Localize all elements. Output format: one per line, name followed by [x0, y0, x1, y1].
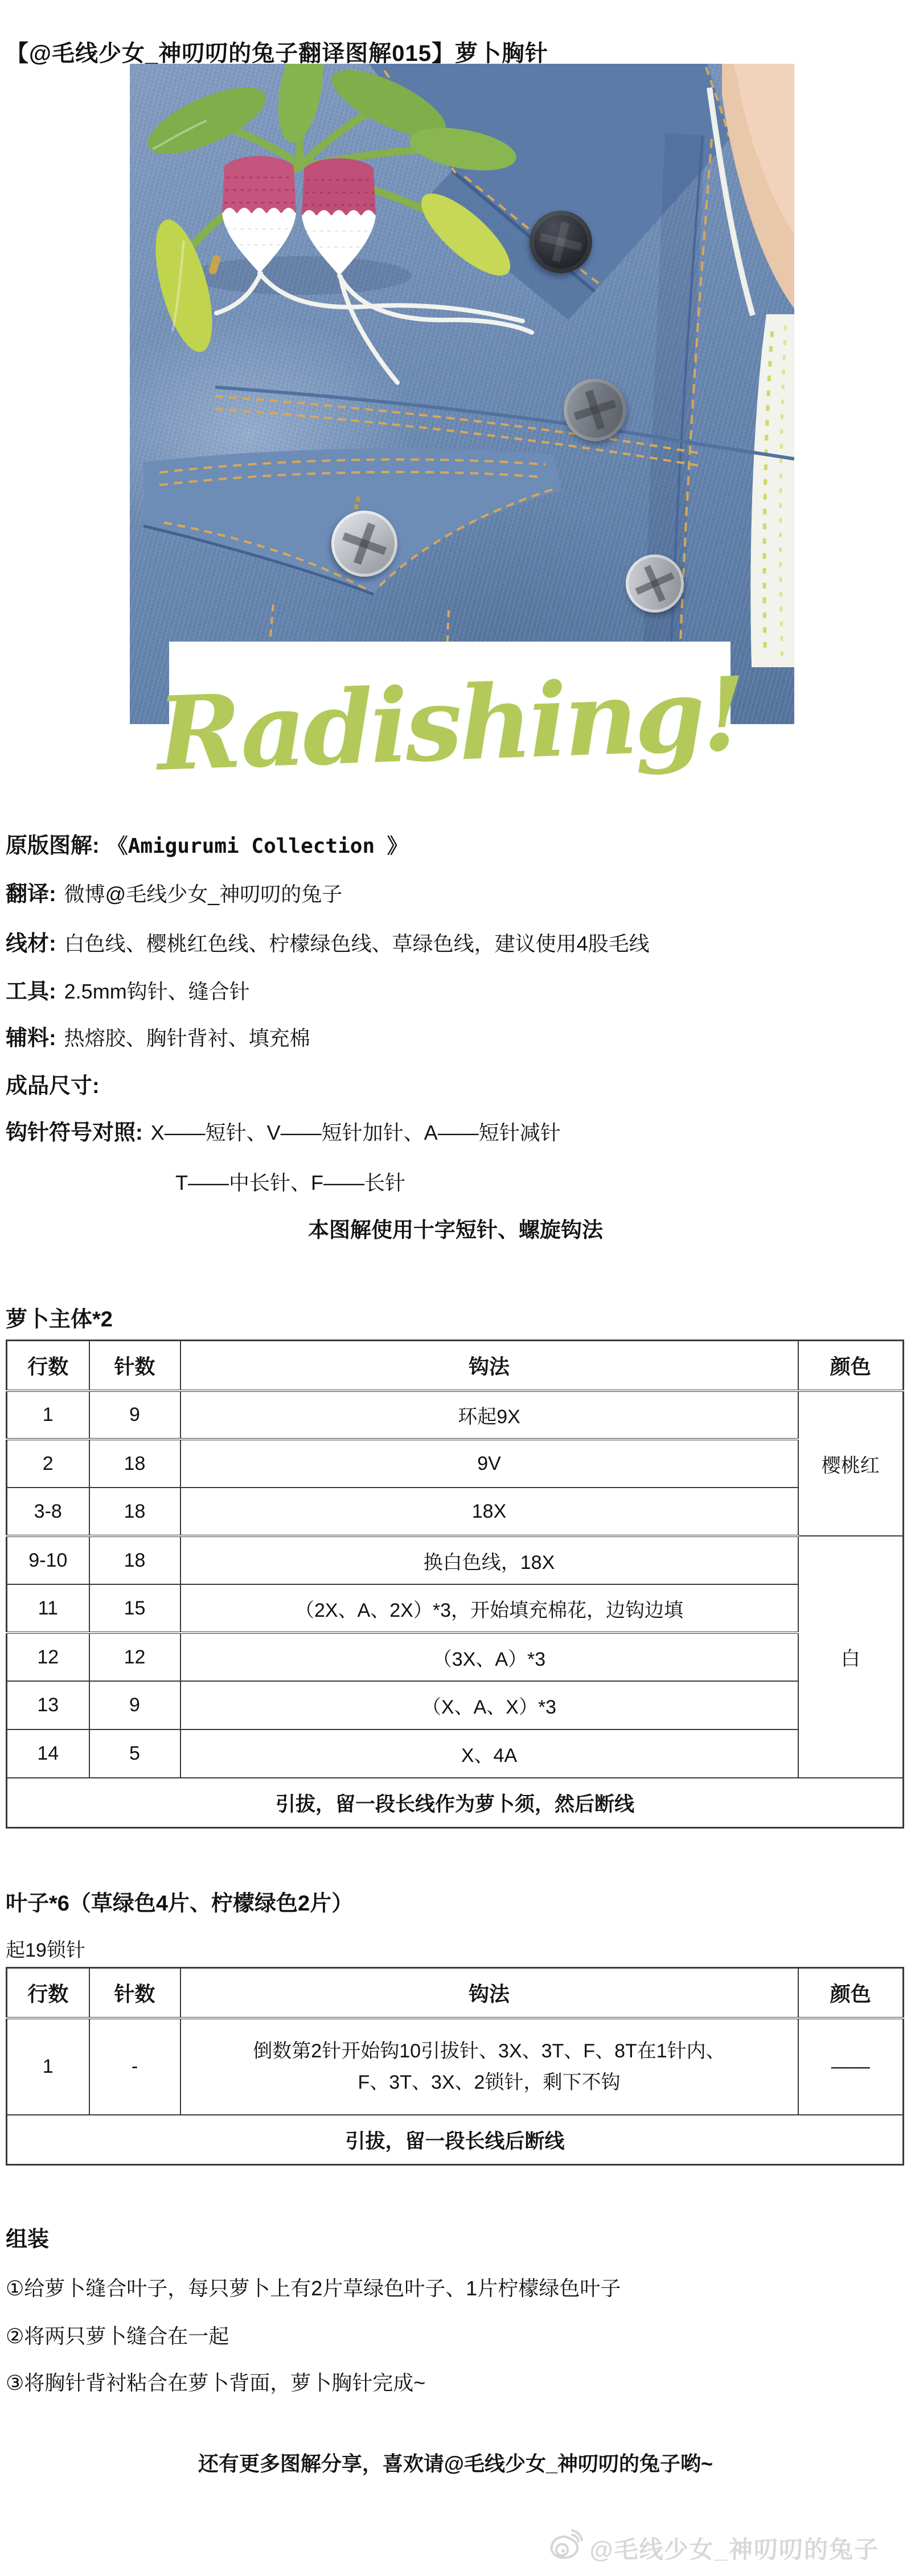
technique-note: 本图解使用十字短针、螺旋钩法 — [0, 1213, 911, 1243]
info-translator-label: 翻译: — [6, 882, 56, 906]
table-row: 3-8 18 18X — [7, 1488, 904, 1536]
info-yarn: 线材:白色线、樱桃红色线、柠檬绿色线、草绿色线，建议使用4股毛线 — [6, 930, 650, 958]
share-note: 还有更多图解分享，喜欢请@毛线少女_神叨叨的兔子哟~ — [0, 2448, 911, 2477]
table1-footer-row: 引拔，留一段长线作为萝卜须，然后断线 — [7, 1778, 904, 1828]
table1-title: 萝卜主体*2 — [6, 1301, 113, 1333]
info-translator: 翻译:微博@毛线少女_神叨叨的兔子 — [6, 881, 342, 908]
leaf-table: 行数 针数 钩法 颜色 1 - 倒数第2针开始钩10引拔针、3X、3T、F、8T… — [6, 1967, 904, 2166]
info-accessories-value: 热熔胶、胸针背衬、填充棉 — [64, 1026, 310, 1050]
table-header-row: 行数 针数 钩法 颜色 — [7, 1968, 904, 2019]
leaf-method-line2: F、3T、3X、2锁针，剩下不钩 — [181, 2067, 798, 2098]
radish-brooch-illustration — [130, 64, 563, 508]
table2-footer: 引拔，留一段长线后断线 — [7, 2115, 904, 2165]
table-row: 13 9 （X、A、X）*3 — [7, 1681, 904, 1729]
assembly-step-1: ①给萝卜缝合叶子，每只萝卜上有2片草绿色叶子、1片柠檬绿色叶子 — [6, 2275, 621, 2302]
table2-title: 叶子*6（草绿色4片、柠檬绿色2片） — [6, 1885, 353, 1917]
brooch-photo — [130, 64, 794, 724]
table2-prenote: 起19锁针 — [6, 1934, 85, 1962]
table-row: 11 15 （2X、A、2X）*3，开始填充棉花，边钩边填 — [7, 1584, 904, 1633]
col-stitches: 针数 — [89, 1341, 180, 1391]
info-size-label: 成品尺寸: — [6, 1074, 100, 1098]
col-method: 钩法 — [180, 1341, 798, 1391]
weibo-icon — [547, 2528, 584, 2569]
info-source-value: 《Amigurumi Collection 》 — [108, 835, 408, 858]
pattern-sheet: 【@毛线少女_神叨叨的兔子翻译图解015】萝卜胸针 — [0, 0, 911, 2576]
table-row: 12 12 （3X、A）*3 — [7, 1633, 904, 1681]
table-header-row: 行数 针数 钩法 颜色 — [7, 1341, 904, 1391]
page-title: 【@毛线少女_神叨叨的兔子翻译图解015】萝卜胸针 — [6, 35, 548, 68]
assembly-title: 组装 — [6, 2221, 49, 2253]
assembly-step-3: ③将胸针背衬粘合在萝卜背面，萝卜胸针完成~ — [6, 2369, 425, 2397]
info-translator-value: 微博@毛线少女_神叨叨的兔子 — [64, 882, 343, 906]
info-symbols: 钩针符号对照:X——短针、V——短针加针、A——短针减针 — [6, 1119, 561, 1147]
table-row: 9-10 18 换白色线，18X 白 — [7, 1536, 904, 1584]
table1-footer: 引拔，留一段长线作为萝卜须，然后断线 — [7, 1778, 904, 1828]
info-symbols-line2: T——中长针、F——长针 — [175, 1167, 405, 1196]
leaf-grass-2 — [271, 64, 330, 146]
photo-caption: Radishing! — [155, 663, 744, 785]
info-yarn-label: 线材: — [6, 932, 56, 956]
info-source: 原版图解:《Amigurumi Collection 》 — [6, 832, 408, 860]
info-source-label: 原版图解: — [6, 834, 100, 858]
info-tools: 工具:2.5mm钩针、缝合针 — [6, 978, 250, 1005]
radish-body-table: 行数 针数 钩法 颜色 1 9 环起9X 樱桃红 2 18 9V 3-8 18 … — [6, 1340, 904, 1829]
watermark-text: @毛线少女_神叨叨的兔子 — [590, 2531, 879, 2565]
leaf-lime-2 — [410, 181, 522, 287]
photo-caption-box: Radishing! — [169, 642, 731, 807]
table-row: 2 18 9V — [7, 1439, 904, 1488]
col-rows: 行数 — [7, 1341, 89, 1391]
color-cell-cherry: 樱桃红 — [798, 1391, 904, 1536]
table2-footer-row: 引拔，留一段长线后断线 — [7, 2115, 904, 2165]
leaf-method-line1: 倒数第2针开始钩10引拔针、3X、3T、F、8T在1针内、 — [181, 2036, 798, 2066]
watermark: @毛线少女_神叨叨的兔子 — [547, 2528, 879, 2569]
info-yarn-value: 白色线、樱桃红色线、柠檬绿色线、草绿色线，建议使用4股毛线 — [64, 932, 650, 955]
table-row: 1 - 倒数第2针开始钩10引拔针、3X、3T、F、8T在1针内、 F、3T、3… — [7, 2018, 904, 2115]
info-size: 成品尺寸: — [6, 1073, 108, 1100]
shirt-band — [750, 314, 794, 667]
info-tools-value: 2.5mm钩针、缝合针 — [64, 980, 250, 1003]
info-accessories-label: 辅料: — [6, 1026, 56, 1050]
info-symbols-value: X——短针、V——短针加针、A——短针减针 — [151, 1121, 561, 1144]
color-cell-white: 白 — [798, 1536, 904, 1778]
info-symbols-label: 钩针符号对照: — [6, 1121, 143, 1145]
assembly-step-2: ②将两只萝卜缝合在一起 — [6, 2323, 229, 2350]
col-color: 颜色 — [798, 1341, 904, 1391]
radish-left — [222, 156, 296, 273]
info-accessories: 辅料:热熔胶、胸针背衬、填充棉 — [6, 1025, 310, 1052]
table-row: 14 5 X、4A — [7, 1729, 904, 1778]
info-tools-label: 工具: — [6, 980, 56, 1004]
table-row: 1 9 环起9X 樱桃红 — [7, 1391, 904, 1439]
